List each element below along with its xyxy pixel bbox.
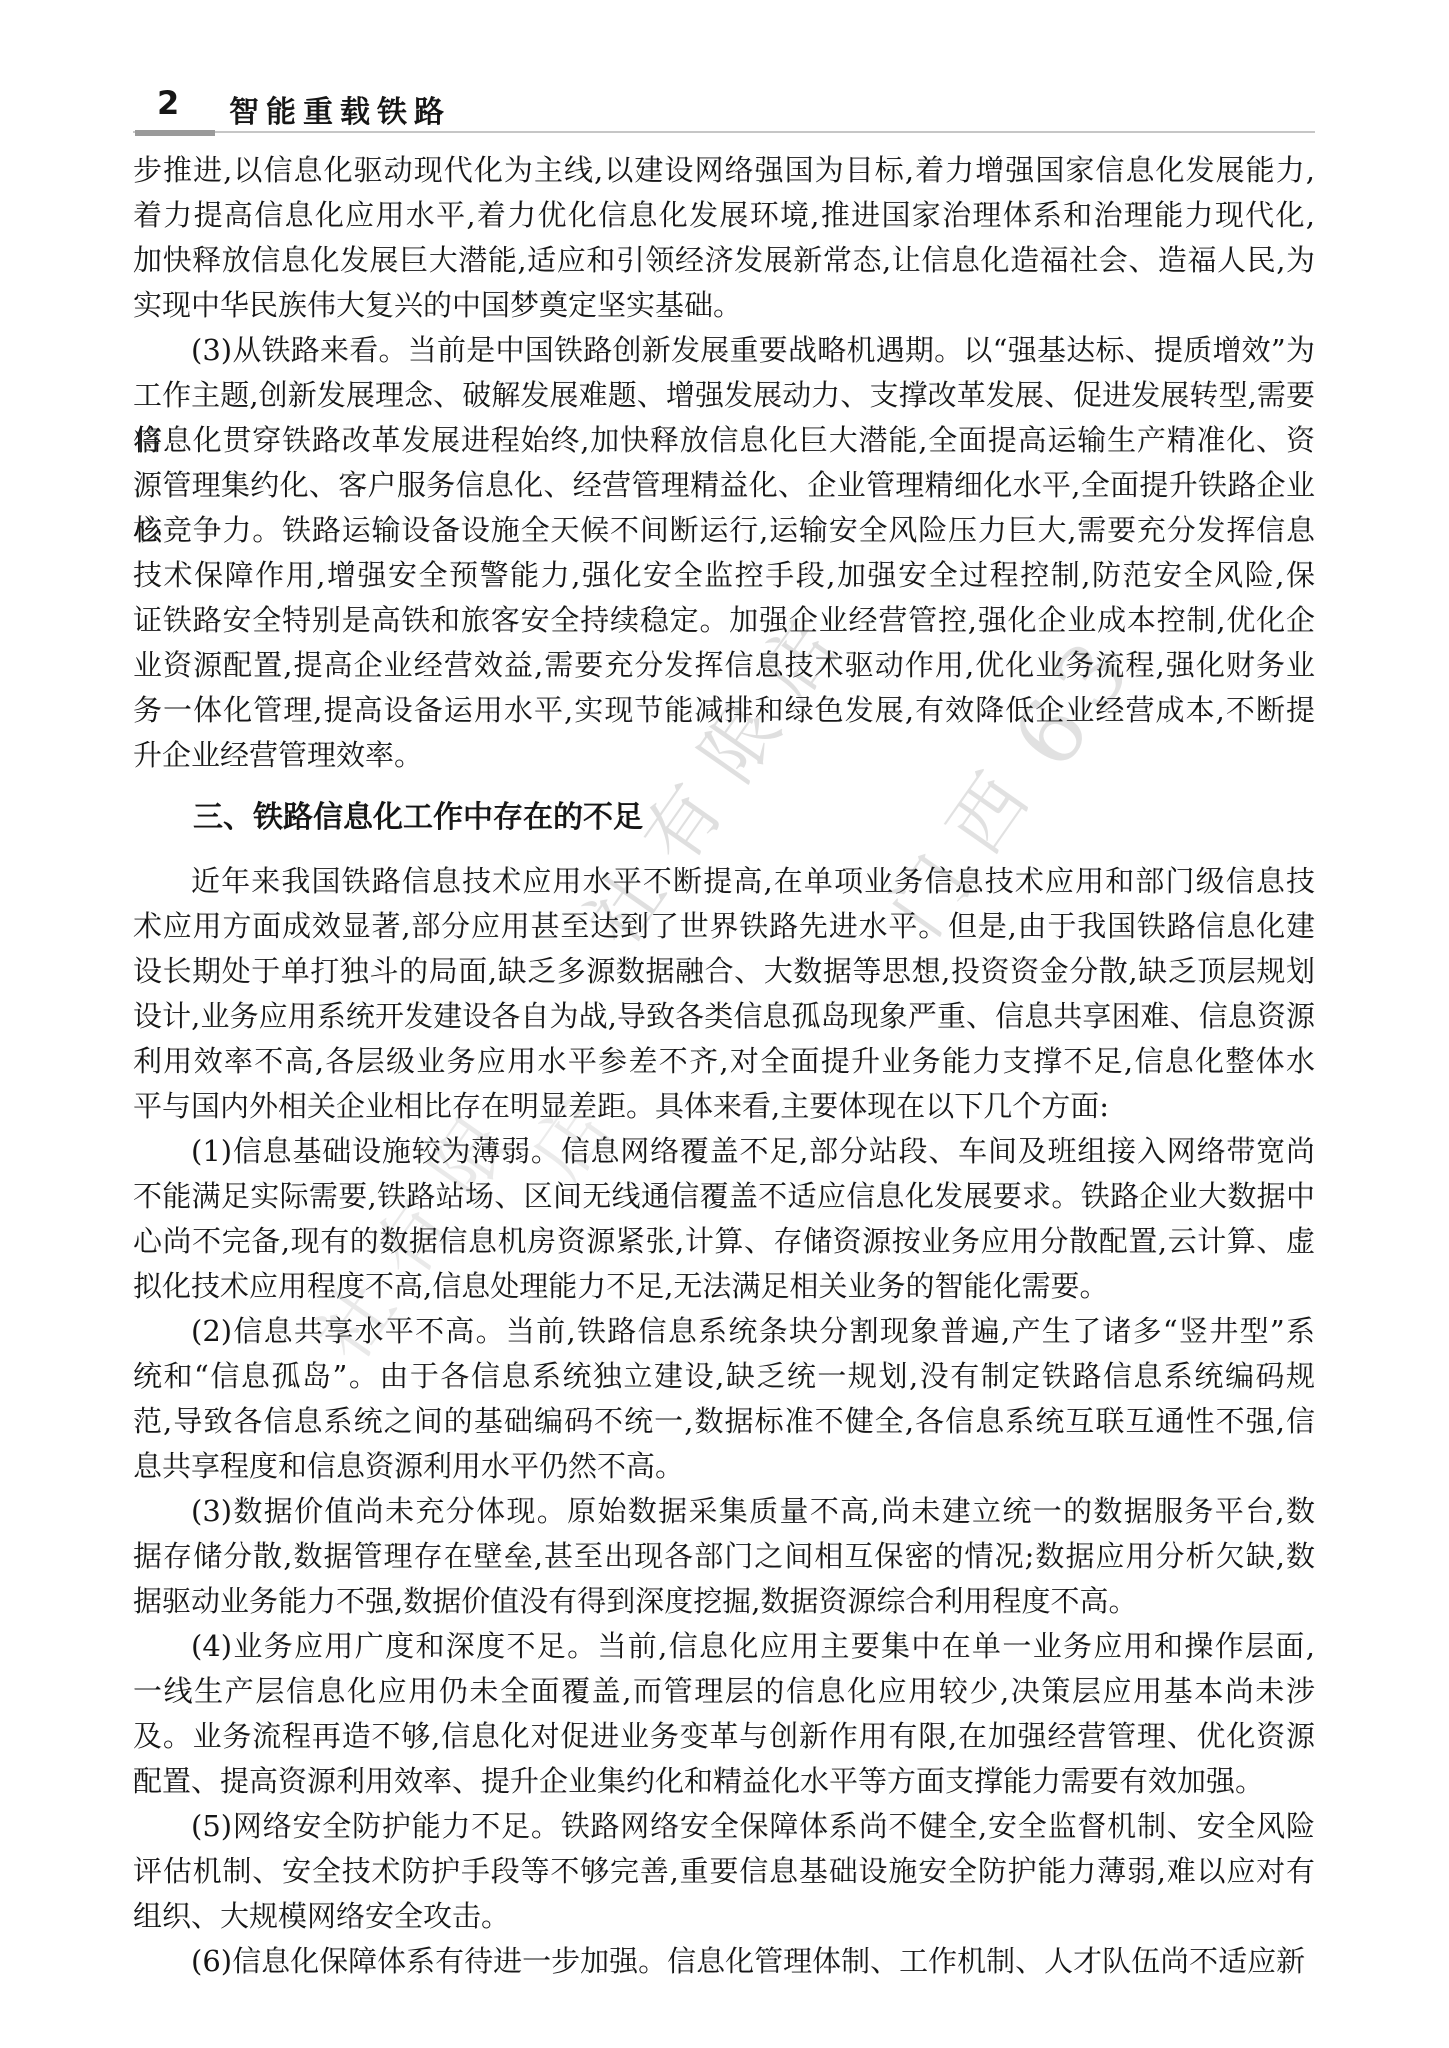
text-line: 实现中华民族伟大复兴的中国梦奠定坚实基础。 [133,283,1315,328]
text-line: 技术保障作用,增强安全预警能力,强化安全监控手段,加强安全过程控制,防范安全风险… [133,553,1315,598]
text-line: 步推进,以信息化驱动现代化为主线,以建设网络强国为目标,着力增强国家信息化发展能… [133,148,1315,193]
running-head: 2 智能重载铁路 [133,84,1315,124]
paragraph: 步推进,以信息化驱动现代化为主线,以建设网络强国为目标,着力增强国家信息化发展能… [133,148,1315,328]
text-line: (1)信息基础设施较为薄弱。信息网络覆盖不足,部分站段、车间及班组接入网络带宽尚 [133,1129,1315,1174]
text-line: 一线生产层信息化应用仍未全面覆盖,而管理层的信息化应用较少,决策层应用基本尚未涉 [133,1669,1315,1714]
text-line: 心尚不完备,现有的数据信息机房资源紧张,计算、存储资源按业务应用分散配置,云计算… [133,1219,1315,1264]
text-line: (3)数据价值尚未充分体现。原始数据采集质量不高,尚未建立统一的数据服务平台,数 [133,1489,1315,1534]
text-line: 设长期处于单打独斗的局面,缺乏多源数据融合、大数据等思想,投资资金分散,缺乏顶层… [133,949,1315,994]
text-line: 业资源配置,提高企业经营效益,需要充分发挥信息技术驱动作用,优化业务流程,强化财… [133,643,1315,688]
text-line: (3)从铁路来看。当前是中国铁路创新发展重要战略机遇期。以“强基达标、提质增效”… [133,328,1315,373]
text-line: (4)业务应用广度和深度不足。当前,信息化应用主要集中在单一业务应用和操作层面, [133,1624,1315,1669]
text-line: 术应用方面成效显著,部分应用甚至达到了世界铁路先进水平。但是,由于我国铁路信息化… [133,904,1315,949]
text-line: 平与国内外相关企业相比存在明显差距。具体来看,主要体现在以下几个方面: [133,1084,1315,1129]
text-line: 源管理集约化、客户服务信息化、经营管理精益化、企业管理精细化水平,全面提升铁路企… [133,463,1315,508]
header-rule [133,131,1315,133]
text-line: 据存储分散,数据管理存在壁垒,甚至出现各部门之间相互保密的情况;数据应用分析欠缺… [133,1534,1315,1579]
text-line: 心竞争力。铁路运输设备设施全天候不间断运行,运输安全风险压力巨大,需要充分发挥信… [133,508,1315,553]
text-line: 三、铁路信息化工作中存在的不足 [133,795,1315,840]
text-line: 不能满足实际需要,铁路站场、区间无线通信覆盖不适应信息化发展要求。铁路企业大数据… [133,1174,1315,1219]
text-line: 利用效率不高,各层级业务应用水平参差不齐,对全面提升业务能力支撑不足,信息化整体… [133,1039,1315,1084]
page-number: 2 [157,84,179,122]
text-line: 信息化贯穿铁路改革发展进程始终,加快释放信息化巨大潜能,全面提高运输生产精准化、… [133,418,1315,463]
book-title: 智能重载铁路 [229,87,451,131]
text-line: 据驱动业务能力不强,数据价值没有得到深度挖掘,数据资源综合利用程度不高。 [133,1579,1315,1624]
page-text: 步推进,以信息化驱动现代化为主线,以建设网络强国为目标,着力增强国家信息化发展能… [133,148,1315,1984]
paragraph: (6)信息化保障体系有待进一步加强。信息化管理体制、工作机制、人才队伍尚不适应新 [133,1939,1315,1984]
book-page: 2 智能重载铁路 社有限店门西63社有限店 步推进,以信息化驱动现代化为主线,以… [0,0,1449,2048]
text-line: (2)信息共享水平不高。当前,铁路信息系统条块分割现象普遍,产生了诸多“竖井型”… [133,1309,1315,1354]
text-line: 着力提高信息化应用水平,着力优化信息化发展环境,推进国家治理体系和治理能力现代化… [133,193,1315,238]
text-line: 加快释放信息化发展巨大潜能,适应和引领经济发展新常态,让信息化造福社会、造福人民… [133,238,1315,283]
paragraph: (5)网络安全防护能力不足。铁路网络安全保障体系尚不健全,安全监督机制、安全风险… [133,1804,1315,1939]
text-line: 息共享程度和信息资源利用水平仍然不高。 [133,1444,1315,1489]
text-line: 拟化技术应用程度不高,信息处理能力不足,无法满足相关业务的智能化需要。 [133,1264,1315,1309]
text-line: 升企业经营管理效率。 [133,733,1315,778]
text-line: 务一体化管理,提高设备运用水平,实现节能减排和绿色发展,有效降低企业经营成本,不… [133,688,1315,733]
paragraph: (3)从铁路来看。当前是中国铁路创新发展重要战略机遇期。以“强基达标、提质增效”… [133,328,1315,778]
text-line: 证铁路安全特别是高铁和旅客安全持续稳定。加强企业经营管控,强化企业成本控制,优化… [133,598,1315,643]
text-line: (6)信息化保障体系有待进一步加强。信息化管理体制、工作机制、人才队伍尚不适应新 [133,1939,1315,1984]
paragraph: (3)数据价值尚未充分体现。原始数据采集质量不高,尚未建立统一的数据服务平台,数… [133,1489,1315,1624]
text-line: 及。业务流程再造不够,信息化对促进业务变革与创新作用有限,在加强经营管理、优化资… [133,1714,1315,1759]
text-line: 范,导致各信息系统之间的基础编码不统一,数据标准不健全,各信息系统互联互通性不强… [133,1399,1315,1444]
text-line: 工作主题,创新发展理念、破解发展难题、增强发展动力、支撑改革发展、促进发展转型,… [133,373,1315,418]
paragraph: (2)信息共享水平不高。当前,铁路信息系统条块分割现象普遍,产生了诸多“竖井型”… [133,1309,1315,1489]
text-line: 评估机制、安全技术防护手段等不够完善,重要信息基础设施安全防护能力薄弱,难以应对… [133,1849,1315,1894]
text-line: 近年来我国铁路信息技术应用水平不断提高,在单项业务信息技术应用和部门级信息技 [133,859,1315,904]
paragraph: 近年来我国铁路信息技术应用水平不断提高,在单项业务信息技术应用和部门级信息技术应… [133,859,1315,1129]
text-line: 设计,业务应用系统开发建设各自为战,导致各类信息孤岛现象严重、信息共享困难、信息… [133,994,1315,1039]
paragraph: (1)信息基础设施较为薄弱。信息网络覆盖不足,部分站段、车间及班组接入网络带宽尚… [133,1129,1315,1309]
scan-artifact [135,130,215,136]
text-line: (5)网络安全防护能力不足。铁路网络安全保障体系尚不健全,安全监督机制、安全风险 [133,1804,1315,1849]
section-heading: 三、铁路信息化工作中存在的不足 [133,795,1315,840]
text-line: 配置、提高资源利用效率、提升企业集约化和精益化水平等方面支撑能力需要有效加强。 [133,1759,1315,1804]
text-line: 统和“信息孤岛”。由于各信息系统独立建设,缺乏统一规划,没有制定铁路信息系统编码… [133,1354,1315,1399]
text-line: 组织、大规模网络安全攻击。 [133,1894,1315,1939]
paragraph: (4)业务应用广度和深度不足。当前,信息化应用主要集中在单一业务应用和操作层面,… [133,1624,1315,1804]
